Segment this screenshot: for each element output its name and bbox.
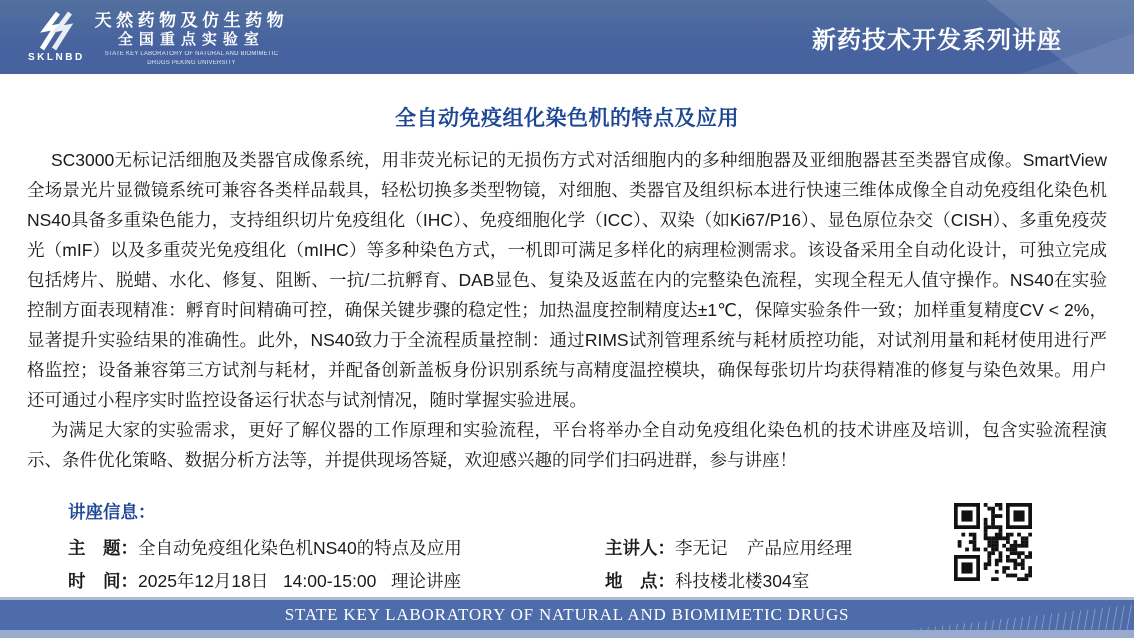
info-heading: 讲座信息： <box>68 499 1107 524</box>
time-row: 时 间：2025年12月18日 14:00-15:00 理论讲座 <box>68 572 605 590</box>
org-name-line1: 天然药物及仿生药物 <box>95 11 289 30</box>
lab-logo-icon <box>37 11 75 51</box>
speaker-label: 主讲人： <box>605 538 675 558</box>
org-name: 天然药物及仿生药物 全国重点实验室 STATE KEY LABORATORY O… <box>95 11 289 66</box>
invite-paragraph: 为满足大家的实验需求，更好了解仪器的工作原理和实验流程，平台将举办全自动免疫组化… <box>27 415 1107 475</box>
footer-band: STATE KEY LABORATORY OF NATURAL AND BIOM… <box>0 600 1134 630</box>
org-name-en-line2: DRUGS PEKING UNIVERSITY <box>147 60 235 66</box>
qr-code <box>954 503 1032 581</box>
header-banner: SKLNBD 天然药物及仿生药物 全国重点实验室 STATE KEY LABOR… <box>0 0 1134 74</box>
time-label: 时 间： <box>68 571 138 591</box>
speaker-value: 李无记 产品应用经理 <box>675 538 852 558</box>
footer-text: STATE KEY LABORATORY OF NATURAL AND BIOM… <box>285 605 850 625</box>
intro-paragraph: SC3000无标记活细胞及类器官成像系统，用非荧光标记的无损伤方式对活细胞内的多… <box>27 145 1107 415</box>
footer-stripes-decoration <box>884 600 1134 630</box>
page-title: 全自动免疫组化染色机的特点及应用 <box>27 102 1107 132</box>
location-value: 科技楼北楼304室 <box>675 571 809 591</box>
footer-banner: STATE KEY LABORATORY OF NATURAL AND BIOM… <box>0 597 1134 638</box>
org-name-en-line1: STATE KEY LABORATORY OF NATURAL AND BIOM… <box>105 51 278 57</box>
topic-value: 全自动免疫组化染色机NS40的特点及应用 <box>138 538 462 558</box>
lab-logo-acronym: SKLNBD <box>28 52 85 63</box>
topic-row: 主 题：全自动免疫组化染色机NS40的特点及应用 <box>68 539 605 557</box>
time-value: 2025年12月18日 14:00-15:00 理论讲座 <box>138 571 461 591</box>
series-title: 新药技术开发系列讲座 <box>812 20 1062 55</box>
footer-bottom-strip <box>0 630 1134 638</box>
org-name-line2: 全国重点实验室 <box>118 31 265 48</box>
topic-label: 主 题： <box>68 538 138 558</box>
lab-logo: SKLNBD <box>28 11 85 63</box>
location-label: 地 点： <box>605 571 675 591</box>
page: { "header": { "logo_acronym": "SKLNBD", … <box>0 0 1134 638</box>
